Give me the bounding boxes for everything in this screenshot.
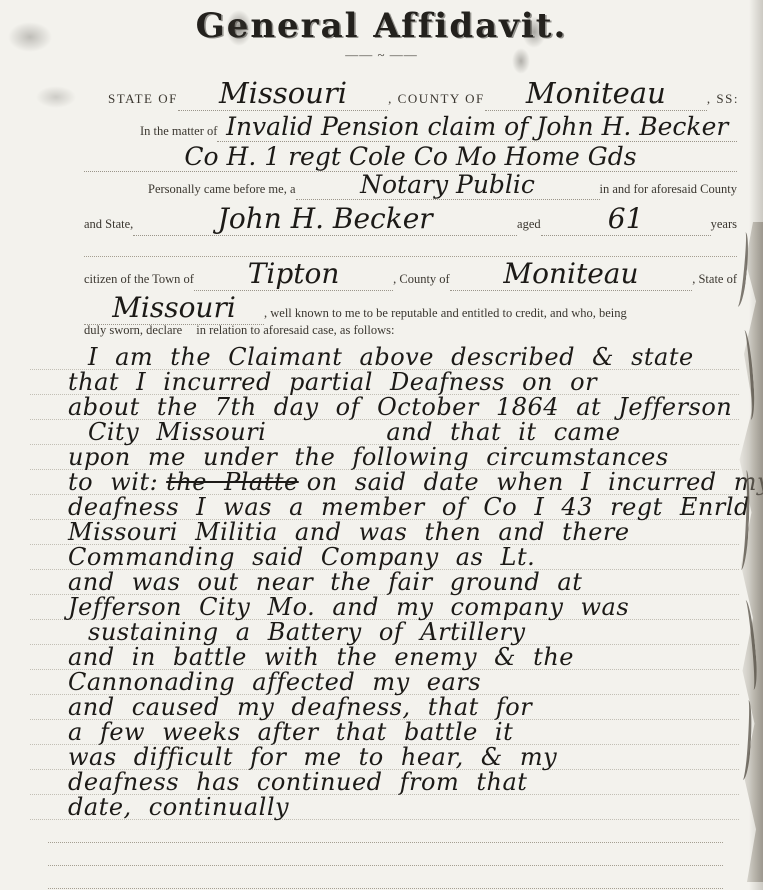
statement-line-left: City Missouri — [88, 418, 266, 446]
statement-line-rest: on said date when I incurred my — [307, 468, 763, 496]
town-of-label: citizen of the Town of — [84, 272, 194, 287]
statement-line: Cannonading affected my ears — [30, 670, 739, 695]
ink-smudge — [522, 16, 546, 48]
and-state-label: and State, — [84, 217, 133, 232]
statement-line: Missouri Militia and was then and there — [30, 520, 739, 545]
blank-ruled-line — [48, 820, 723, 843]
struck-text: the Platte — [166, 468, 299, 496]
matter-line-2: Co H. 1 regt Cole Co Mo Home Gds — [0, 142, 763, 170]
statement-line: I am the Claimant above described & stat… — [30, 345, 739, 370]
aged-label: aged — [517, 217, 541, 232]
statement-line: about the 7th day of October 1864 at Jef… — [30, 395, 739, 420]
statement-line-prefix: to wit: — [68, 468, 158, 496]
years-label: years — [711, 217, 737, 232]
ink-smudge — [8, 22, 52, 52]
residence-state-label: , State of — [692, 272, 737, 287]
matter-value-line2: Co H. 1 regt Cole Co Mo Home Gds — [184, 142, 636, 171]
blank-field-line — [84, 236, 737, 257]
aforesaid-county-label: in and for aforesaid County — [600, 182, 737, 197]
reputable-line: Missouri , well known to me to be reputa… — [0, 291, 763, 323]
matter-label: In the matter of — [140, 124, 217, 139]
statement-line: deafness has continued from that — [30, 770, 739, 795]
county-label: , County of — [393, 272, 450, 287]
statement-line: date, continually — [30, 795, 739, 820]
state-value: Missouri — [219, 76, 347, 110]
matter-line: In the matter of Invalid Pension claim o… — [0, 112, 763, 142]
blank-ruled-line — [48, 866, 723, 889]
affiant-line: and State, John H. Becker aged 61 years — [0, 202, 763, 236]
residence-line: citizen of the Town of Tipton , County o… — [0, 257, 763, 291]
state-county-line: STATE OF Missouri , COUNTY OF Moniteau ,… — [0, 76, 763, 112]
document-title: General Affidavit. — [0, 6, 763, 46]
age-value: 61 — [608, 202, 644, 235]
town-value: Tipton — [248, 257, 340, 290]
statement-line: and was out near the fair ground at — [30, 570, 739, 595]
affidavit-document: General Affidavit. —— ~ —— STATE OF Miss… — [0, 0, 763, 890]
blank-ruled-line — [48, 843, 723, 866]
statement-line-split: City Missouriand that it came — [30, 420, 739, 445]
ss-label: , SS: — [707, 91, 739, 107]
statement-line: was difficult for me to hear, & my — [30, 745, 739, 770]
statement-line: Commanding said Company as Lt. — [30, 545, 739, 570]
ink-smudge — [512, 48, 530, 74]
statement-line: and in battle with the enemy & the — [30, 645, 739, 670]
statement-line: sustaining a Battery of Artillery — [30, 620, 739, 645]
statement-line: upon me under the following circumstance… — [30, 445, 739, 470]
state-of-label: STATE OF — [108, 91, 178, 107]
matter-value-line1: Invalid Pension claim of John H. Becker — [226, 112, 728, 141]
statement-line: that I incurred partial Deafness on or — [30, 370, 739, 395]
county-value: Moniteau — [526, 76, 666, 110]
statement-line-right: and that it came — [386, 418, 620, 446]
relation-label: in relation to aforesaid case, as follow… — [196, 323, 394, 338]
ink-smudge — [36, 86, 76, 108]
residence-county-value: Moniteau — [503, 257, 638, 290]
statement-line: Jefferson City Mo. and my company was — [30, 595, 739, 620]
duly-sworn-label: duly sworn, declare — [84, 323, 182, 338]
statement-line: deafness I was a member of Co I 43 regt … — [30, 495, 739, 520]
appearance-line: Personally came before me, a Notary Publ… — [0, 170, 763, 202]
before-me-label: Personally came before me, a — [148, 182, 296, 197]
residence-state-value: Missouri — [112, 291, 236, 324]
statement-line-with-strike: to wit:the Platteon said date when I inc… — [30, 470, 739, 495]
reputable-label: , well known to me to be reputable and e… — [264, 306, 627, 321]
statement-line: a few weeks after that battle it — [30, 720, 739, 745]
statement-body: I am the Claimant above described & stat… — [0, 345, 763, 820]
ink-smudge — [226, 10, 252, 46]
sworn-line: duly sworn, declare in relation to afore… — [0, 323, 763, 343]
county-of-label: , COUNTY OF — [388, 91, 485, 107]
ornament-divider: —— ~ —— — [0, 48, 763, 62]
affiant-name-value: John H. Becker — [218, 202, 433, 235]
statement-line: and caused my deafness, that for — [30, 695, 739, 720]
officer-value: Notary Public — [360, 170, 535, 199]
